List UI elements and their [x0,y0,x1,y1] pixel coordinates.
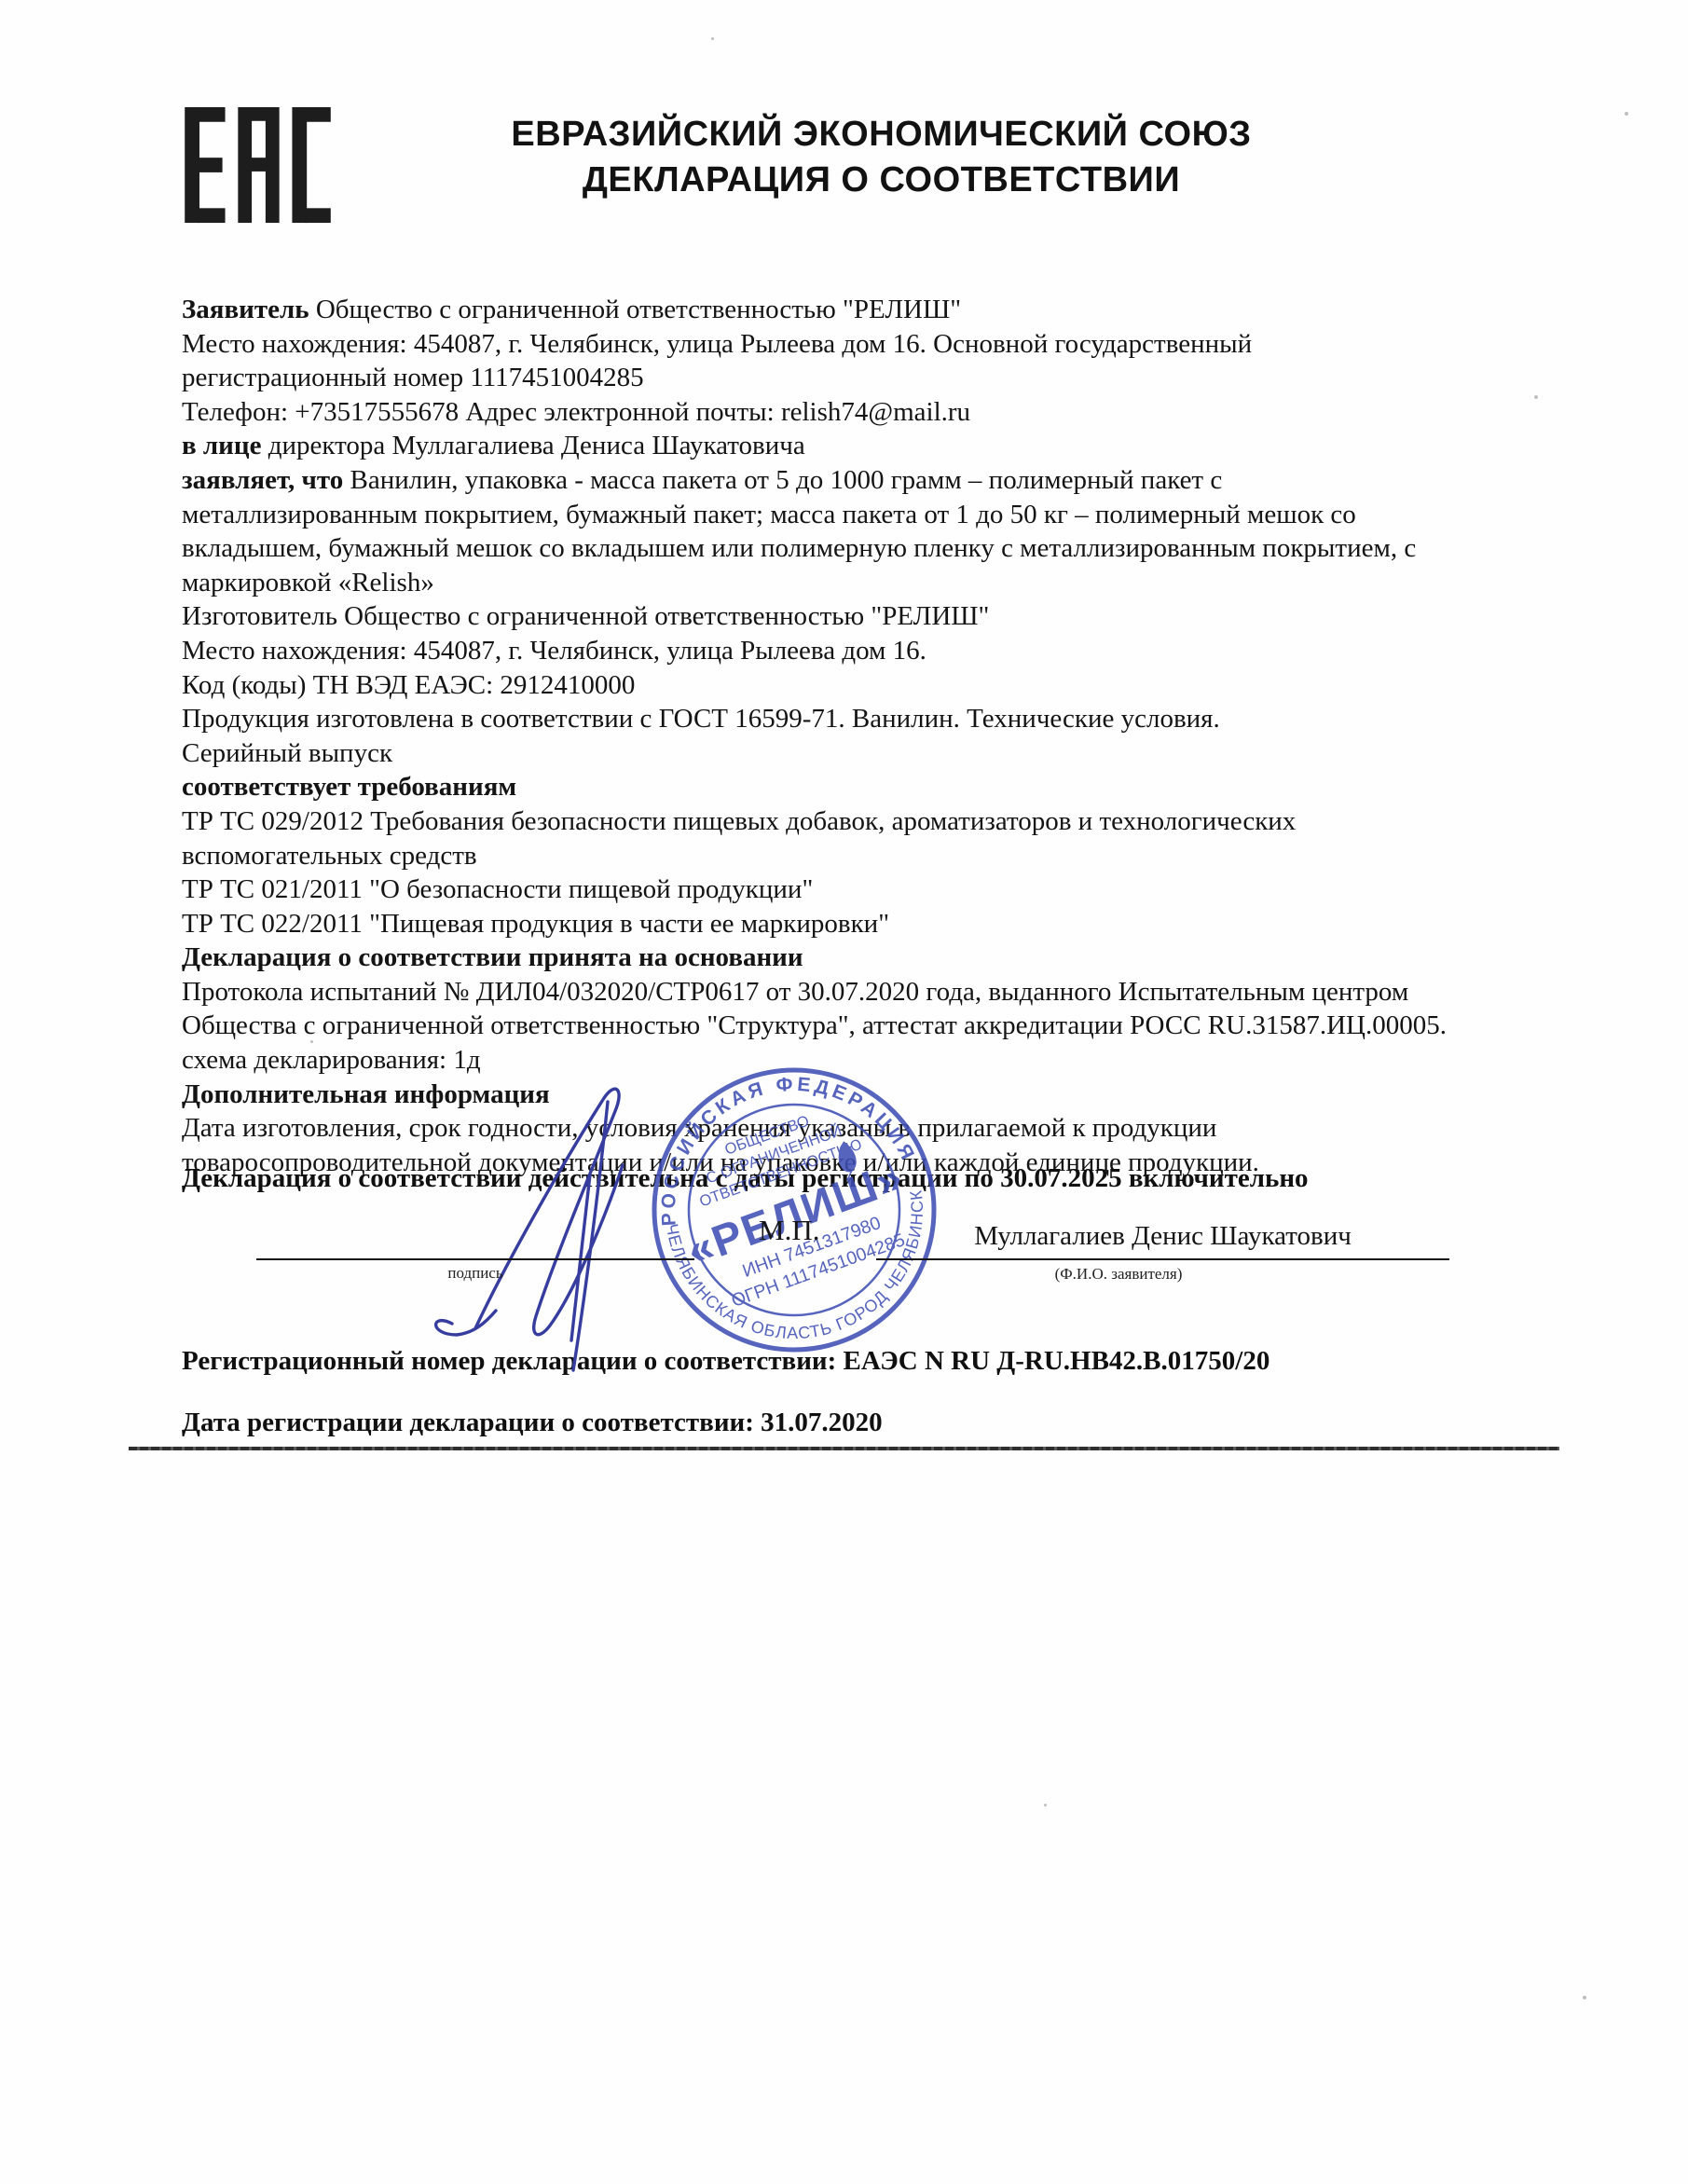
body-paragraph: Дополнительная информация [182,1078,1461,1112]
paragraph-lead: Декларация о соответствии принята на осн… [182,942,803,972]
body-paragraph: соответствует требованиям [182,770,1461,804]
paragraph-text: ТР ТС 022/2011 "Пищевая продукция в част… [182,909,889,939]
paragraph-lead: Дополнительная информация [182,1079,550,1109]
body-paragraph: Протокола испытаний № ДИЛ04/032020/СТР06… [182,975,1461,1078]
registration-number-label: Регистрационный номер декларации о соотв… [182,1346,836,1376]
registration-date-line: Дата регистрации декларации о соответств… [182,1408,1580,1438]
paragraph-text: Серийный выпуск [182,738,392,768]
paragraph-lead: заявляет, что [182,465,343,495]
paragraph-text: Ванилин, упаковка - масса пакета от 5 до… [182,465,1416,598]
applicant-name-line [876,1258,1449,1260]
declaration-body: Заявитель Общество с ограниченной ответс… [182,293,1461,1179]
body-paragraph: ТР ТС 021/2011 "О безопасности пищевой п… [182,872,1461,907]
body-paragraph: ТР ТС 022/2011 "Пищевая продукция в част… [182,907,1461,941]
paragraph-lead: Заявитель [182,295,309,324]
registration-date-label: Дата регистрации декларации о соответств… [182,1408,754,1437]
paragraph-text: Место нахождения: 454087, г. Челябинск, … [182,636,926,666]
paragraph-text: ТР ТС 021/2011 "О безопасности пищевой п… [182,874,813,904]
paragraph-text: Изготовитель Общество с ограниченной отв… [182,601,989,631]
body-paragraph: Место нахождения: 454087, г. Челябинск, … [182,634,1461,668]
registration-number-value: ЕАЭС N RU Д-RU.НВ42.В.01750/20 [836,1346,1269,1376]
stamp-place-mark: М.П. [759,1214,819,1247]
footer-rule [129,1447,1559,1450]
body-paragraph: Серийный выпуск [182,736,1461,771]
body-paragraph: Код (коды) ТН ВЭД ЕАЭС: 2912410000 [182,668,1461,703]
paragraph-text: ТР ТС 029/2012 Требования безопасности п… [182,806,1296,871]
paragraph-text: Протокола испытаний № ДИЛ04/032020/СТР06… [182,977,1447,1075]
body-paragraph: Декларация о соответствии принята на осн… [182,941,1461,975]
registration-date-value: 31.07.2020 [754,1408,883,1437]
body-paragraph: Телефон: +73517555678 Адрес электронной … [182,395,1461,430]
declaration-document: ЕВРАЗИЙСКИЙ ЭКОНОМИЧЕСКИЙ СОЮЗ ДЕКЛАРАЦИ… [0,0,1688,2184]
body-paragraph: ТР ТС 029/2012 Требования безопасности п… [182,804,1461,872]
title-line-2: ДЕКЛАРАЦИЯ О СООТВЕТСТВИИ [75,158,1688,203]
body-paragraph: Заявитель Общество с ограниченной ответс… [182,293,1461,327]
applicant-name: Муллагалиев Денис Шаукатович [876,1221,1449,1252]
paragraph-text: директора Муллагалиева Дениса Шаукатович… [261,431,804,460]
paragraph-lead: в лице [182,431,261,460]
registration-number-line: Регистрационный номер декларации о соотв… [182,1346,1580,1377]
signature-line [256,1258,694,1260]
paragraph-text: Код (коды) ТН ВЭД ЕАЭС: 2912410000 [182,670,635,700]
paragraph-text: Продукция изготовлена в соответствии с Г… [182,704,1220,734]
paragraph-text: Общество с ограниченной ответственностью… [309,295,961,324]
title-line-1: ЕВРАЗИЙСКИЙ ЭКОНОМИЧЕСКИЙ СОЮЗ [75,112,1688,158]
body-paragraph: Место нахождения: 454087, г. Челябинск, … [182,327,1461,395]
body-paragraph: заявляет, что Ванилин, упаковка - масса … [182,463,1461,599]
paragraph-lead: соответствует требованиям [182,772,516,802]
body-paragraph: Изготовитель Общество с ограниченной отв… [182,599,1461,634]
signature-caption: подпись [256,1264,694,1283]
applicant-caption: (Ф.И.О. заявителя) [876,1265,1361,1284]
document-title: ЕВРАЗИЙСКИЙ ЭКОНОМИЧЕСКИЙ СОЮЗ ДЕКЛАРАЦИ… [0,112,1688,203]
paragraph-text: Место нахождения: 454087, г. Челябинск, … [182,329,1252,393]
body-paragraph: в лице директора Муллагалиева Дениса Шау… [182,429,1461,463]
validity-statement: Декларация о соответствии действительна … [182,1163,1533,1194]
paragraph-text: Телефон: +73517555678 Адрес электронной … [182,397,970,427]
body-paragraph: Продукция изготовлена в соответствии с Г… [182,702,1461,736]
